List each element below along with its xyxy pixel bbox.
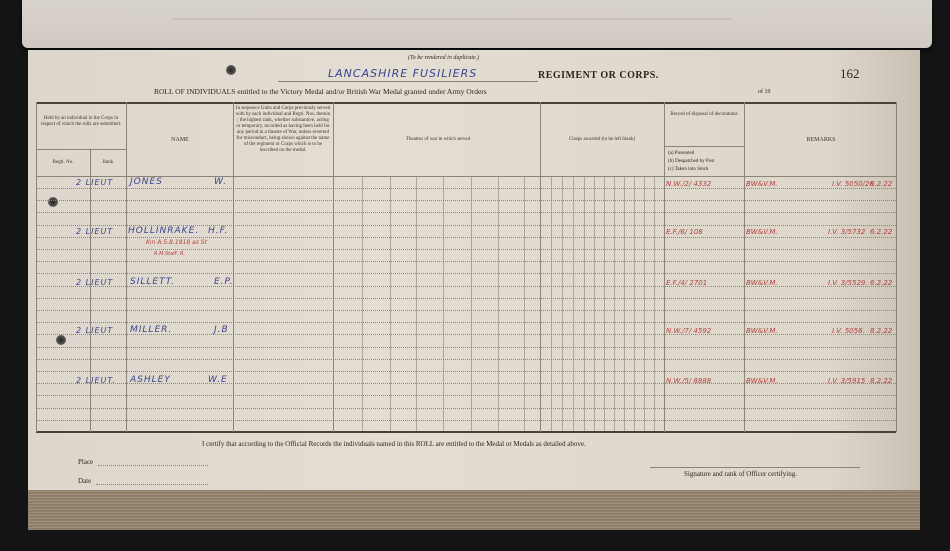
header-theatres: Theatres of war in which served [338,137,538,143]
previous-page [22,0,932,48]
page-number: 162 [840,66,860,82]
date-label: Date [78,477,91,485]
header-held-by: Held by an individual in the Corps in re… [38,116,124,128]
header-rank: Rank [92,160,124,166]
regiment-label: REGIMENT OR CORPS. [538,70,659,81]
header-remarks: REMARKS [748,137,894,143]
disposal-options: (a) Presented (b) Despatched by Post (c)… [668,150,715,174]
duplicate-note: (To be rendered in duplicate.) [408,55,479,61]
header-record-disposal: Record of disposal of decorations [668,112,740,118]
certify-statement: I certify that according to the Official… [202,440,586,448]
ledger-page: (To be rendered in duplicate.) LANCASHIR… [28,50,920,528]
header-clasps: Clasps awarded (to be left blank) [542,137,662,143]
regiment-handwritten: LANCASHIRE FUSILIERS [328,67,477,80]
header-regtl-no: Regtl. No. [38,160,88,166]
signature-label: Signature and rank of Officer certifying… [684,470,797,478]
place-label: Place [78,458,93,466]
roll-title: ROLL OF INDIVIDUALS entitled to the Vict… [154,87,487,96]
header-name: NAME [128,137,232,143]
header-units: In sequence Units and Corps previously s… [235,106,331,154]
of-year: of 19 [758,89,771,95]
book-page-edges [28,490,920,530]
